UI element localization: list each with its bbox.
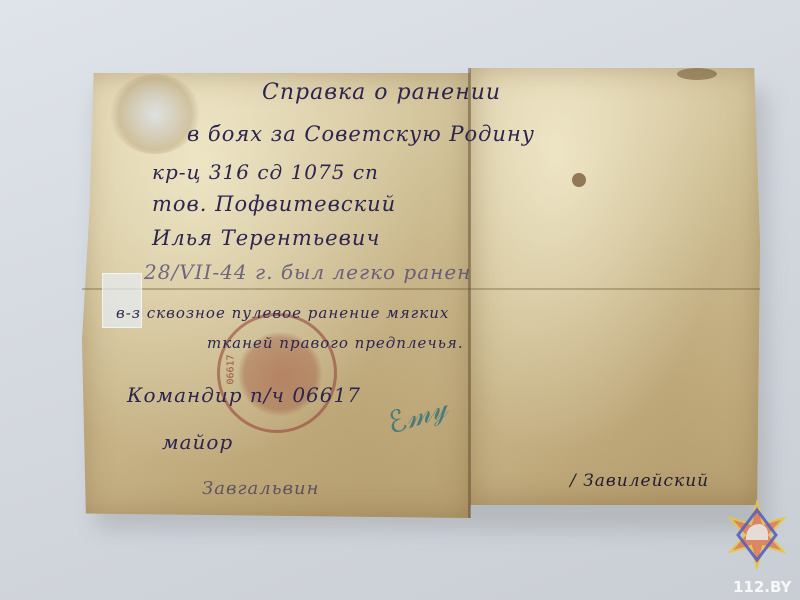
rank-line: майор xyxy=(162,430,233,454)
unit-line: кр-ц 316 сд 1075 сп xyxy=(152,160,379,184)
text-line: в боях за Советскую Родину xyxy=(187,122,535,146)
signature-right: / Завилейский xyxy=(570,471,709,491)
wound-date-line: 28/VII-44 г. был легко ранен xyxy=(144,260,471,284)
signature-left: Завгальвин xyxy=(202,478,319,499)
paper-stain xyxy=(677,68,717,80)
wound-description-line: в-з сквозное пулевое ранение мягких xyxy=(116,304,449,322)
wound-description-line: тканей правого предплечья. xyxy=(207,334,464,352)
stamp-number: 06617 xyxy=(226,354,237,384)
paper-stain xyxy=(572,173,586,187)
wound-certificate-document: 06617 Справка о ранении в боях за Советс… xyxy=(82,68,760,518)
horizontal-fold-line xyxy=(82,288,760,290)
document-title: Справка о ранении xyxy=(262,80,501,105)
round-seal-stamp: 06617 xyxy=(217,313,337,433)
surname-line: тов. Пофвитевский xyxy=(152,192,396,216)
emergency-ministry-star-logo-icon xyxy=(726,500,788,570)
name-line: Илья Терентьевич xyxy=(152,226,380,250)
watermark-text: 112.BY xyxy=(733,578,791,596)
commander-line: Командир п/ч 06617 xyxy=(127,383,361,407)
